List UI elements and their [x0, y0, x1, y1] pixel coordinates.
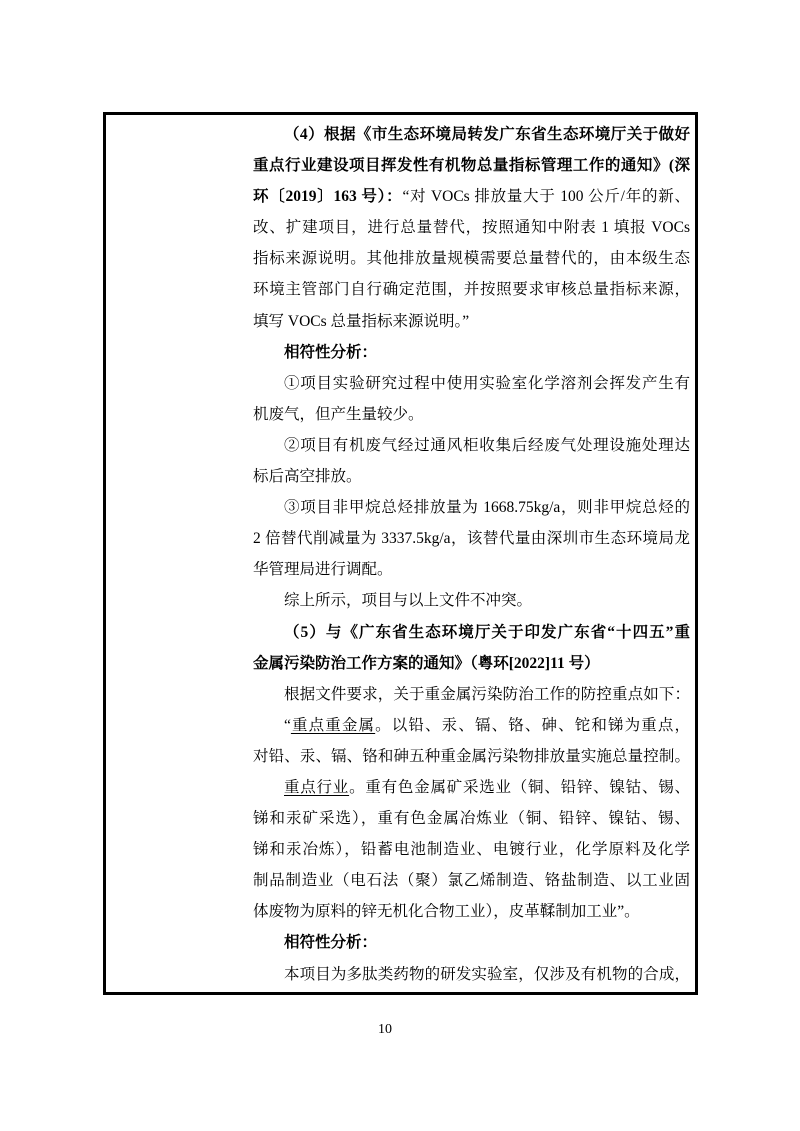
text-run: 对铅、汞、镉、铬和砷五种重金属污染物排放量实施总量控制。 — [253, 748, 690, 765]
text-line: 标后高空排放。 — [253, 461, 690, 492]
text-run: ②项目有机废气经过通风柜收集后经废气处理设施处理达 — [284, 437, 690, 454]
text-run: 标后高空排放。 — [253, 468, 362, 485]
text-line: 锑和汞冶炼），铅蓄电池制造业、电镀行业，化学原料及化学 — [253, 834, 690, 865]
text-line: 制品制造业（电石法（聚）氯乙烯制造、铬盐制造、以工业固 — [253, 865, 690, 896]
text-run: 锑和汞矿采选），重有色金属冶炼业（铜、铅锌、镍钴、锡、 — [253, 810, 690, 827]
text-run: 锑和汞冶炼），铅蓄电池制造业、电镀行业，化学原料及化学 — [253, 841, 690, 858]
text-run: 综上所示，项目与以上文件不冲突。 — [284, 592, 532, 609]
text-line: 相符性分析： — [253, 927, 690, 958]
text-line: “重点重金属。以铅、汞、镉、铬、砷、铊和锑为重点， — [253, 710, 690, 741]
text-line: 2 倍替代削减量为 3337.5kg/a，该替代量由深圳市生态环境局龙 — [253, 523, 690, 554]
content-border-box: （4）根据《市生态环境局转发广东省生态环境厅关于做好重点行业建设项目挥发性有机物… — [103, 112, 698, 995]
text-line: ③项目非甲烷总烃排放量为 1668.75kg/a，则非甲烷总烃的 — [253, 492, 690, 523]
text-line: 华管理局进行调配。 — [253, 554, 690, 585]
document-text: （4）根据《市生态环境局转发广东省生态环境厅关于做好重点行业建设项目挥发性有机物… — [253, 119, 690, 990]
text-run: 。以铅、汞、镉、铬、砷、铊和锑为重点， — [375, 717, 690, 734]
text-line: 重点行业。重有色金属矿采选业（铜、铅锌、镍钴、锡、 — [253, 772, 690, 803]
text-run: 填写 VOCs 总量指标来源说明。” — [253, 313, 469, 330]
text-line: 体废物为原料的锌无机化合物工业），皮革鞣制加工业”。 — [253, 896, 690, 927]
text-run: 本项目为多肽类药物的研发实验室，仅涉及有机物的合成， — [284, 966, 690, 983]
text-run: 华管理局进行调配。 — [253, 561, 393, 578]
text-line: 根据文件要求，关于重金属污染防治工作的防控重点如下： — [253, 679, 690, 710]
text-run: “ — [284, 717, 291, 734]
text-run: ①项目实验研究过程中使用实验室化学溶剂会挥发产生有 — [284, 375, 690, 392]
text-line: ①项目实验研究过程中使用实验室化学溶剂会挥发产生有 — [253, 368, 690, 399]
page-number: 10 — [0, 1022, 770, 1038]
text-line: 机废气，但产生量较少。 — [253, 399, 690, 430]
text-run: 。重有色金属矿采选业（铜、铅锌、镍钴、锡、 — [349, 779, 690, 796]
text-line: 对铅、汞、镉、铬和砷五种重金属污染物排放量实施总量控制。 — [253, 741, 690, 772]
text-run: 重点重金属 — [291, 717, 375, 734]
text-line: 环境主管部门自行确定范围，并按照要求审核总量指标来源， — [253, 274, 690, 305]
text-line: （5）与《广东省生态环境厅关于印发广东省“十四五”重 — [253, 617, 690, 648]
text-line: 环〔2019〕163 号）：“对 VOCs 排放量大于 100 公斤/年的新、 — [253, 181, 690, 212]
text-run: 机废气，但产生量较少。 — [253, 406, 424, 423]
text-line: 综上所示，项目与以上文件不冲突。 — [253, 585, 690, 616]
text-run: （4）根据《市生态环境局转发广东省生态环境厅关于做好 — [284, 126, 690, 143]
text-run: 环境主管部门自行确定范围，并按照要求审核总量指标来源， — [253, 281, 690, 298]
text-line: 指标来源说明。其他排放量规模需要总量替代的，由本级生态 — [253, 243, 690, 274]
text-line: 填写 VOCs 总量指标来源说明。” — [253, 306, 690, 337]
text-run: 改、扩建项目，进行总量替代，按照通知中附表 1 填报 VOCs — [253, 219, 690, 236]
text-run: （5）与《广东省生态环境厅关于印发广东省“十四五”重 — [284, 624, 690, 641]
text-run: ③项目非甲烷总烃排放量为 1668.75kg/a，则非甲烷总烃的 — [284, 499, 690, 516]
text-run: 重点行业 — [284, 779, 349, 796]
text-run: 2 倍替代削减量为 3337.5kg/a，该替代量由深圳市生态环境局龙 — [253, 530, 690, 547]
text-run: 根据文件要求，关于重金属污染防治工作的防控重点如下： — [284, 686, 690, 703]
text-run: “对 VOCs 排放量大于 100 公斤/年的新、 — [402, 188, 690, 205]
text-run: 制品制造业（电石法（聚）氯乙烯制造、铬盐制造、以工业固 — [253, 872, 690, 889]
text-line: 金属污染防治工作方案的通知》（粤环[2022]11 号） — [253, 648, 690, 679]
text-line: 重点行业建设项目挥发性有机物总量指标管理工作的通知》(深 — [253, 150, 690, 181]
text-run: 环〔2019〕163 号）： — [253, 188, 402, 205]
text-line: （4）根据《市生态环境局转发广东省生态环境厅关于做好 — [253, 119, 690, 150]
text-run: 体废物为原料的锌无机化合物工业），皮革鞣制加工业”。 — [253, 903, 640, 920]
text-line: 改、扩建项目，进行总量替代，按照通知中附表 1 填报 VOCs — [253, 212, 690, 243]
document-page: （4）根据《市生态环境局转发广东省生态环境厅关于做好重点行业建设项目挥发性有机物… — [0, 0, 800, 1131]
text-run: 相符性分析： — [284, 344, 377, 361]
text-run: 金属污染防治工作方案的通知》（粤环[2022]11 号） — [253, 655, 600, 672]
text-run: 重点行业建设项目挥发性有机物总量指标管理工作的通知》(深 — [253, 157, 690, 174]
text-run: 相符性分析： — [284, 934, 377, 951]
text-run: 指标来源说明。其他排放量规模需要总量替代的，由本级生态 — [253, 250, 690, 267]
text-line: 锑和汞矿采选），重有色金属冶炼业（铜、铅锌、镍钴、锡、 — [253, 803, 690, 834]
text-line: ②项目有机废气经过通风柜收集后经废气处理设施处理达 — [253, 430, 690, 461]
text-line: 本项目为多肽类药物的研发实验室，仅涉及有机物的合成， — [253, 959, 690, 990]
text-line: 相符性分析： — [253, 337, 690, 368]
